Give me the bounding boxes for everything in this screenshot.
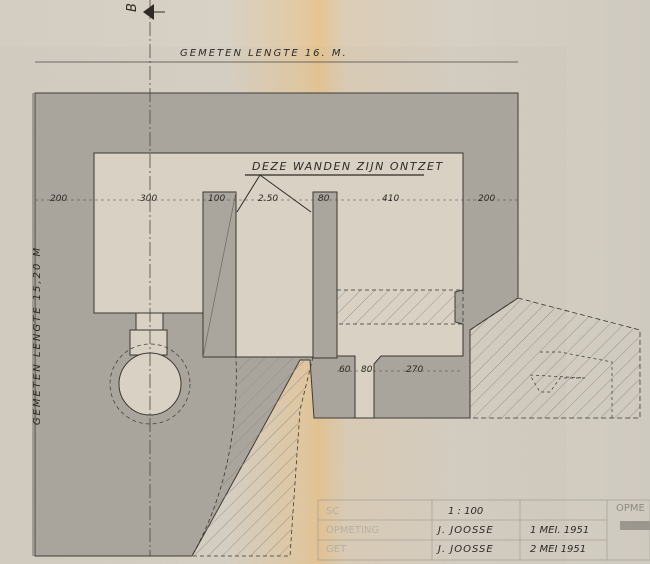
tb-faded-sc: SC — [326, 506, 339, 517]
tb-scale: 1 : 100 — [448, 506, 483, 517]
dim-410: 410 — [382, 194, 399, 204]
note-label: DEZE WANDEN ZIJN ONTZET — [252, 160, 444, 173]
dim-200-right: 200 — [478, 194, 495, 204]
tb-date-1: 1 MEI. 1951 — [530, 525, 589, 536]
tb-faded-get: GET — [326, 544, 346, 555]
dim-80-bottom: 80 — [361, 365, 372, 375]
overall-width-label: GEMETEN LENGTE 15,20 M — [32, 246, 43, 425]
tb-right-header: OPME — [616, 503, 645, 514]
section-arrow-icon — [143, 4, 154, 20]
tb-name-2: J. JOOSSE — [438, 544, 494, 555]
tb-date-2: 2 MEI 1951 — [530, 544, 586, 555]
dim-60: 60 — [339, 365, 350, 375]
dim-200-left: 200 — [50, 194, 67, 204]
dim-300: 300 — [140, 194, 157, 204]
overall-length-label: GEMETEN LENGTE 16. M. — [180, 48, 348, 59]
section-marker-label: B — [125, 3, 140, 12]
dim-100: 100 — [208, 194, 225, 204]
dim-250: 2.50 — [258, 194, 278, 204]
dim-80: 80 — [318, 194, 329, 204]
tb-faded-opmeting: OPMETING — [326, 525, 379, 536]
tb-name-1: J. JOOSSE — [438, 525, 494, 536]
dim-270: 270 — [406, 365, 423, 375]
floor-plan-drawing — [0, 0, 650, 564]
extension-hatched — [470, 298, 640, 418]
